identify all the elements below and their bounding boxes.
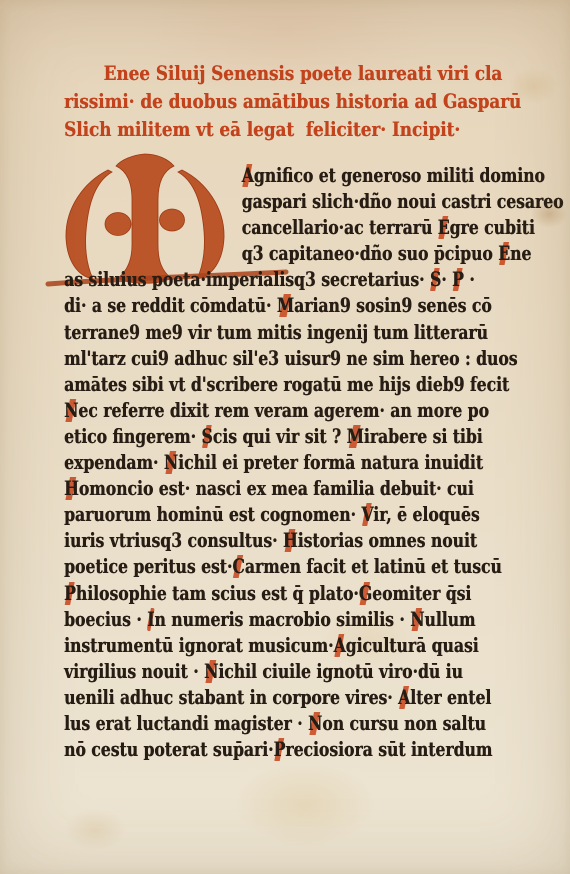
text-line: as siluius poeta·imperialisq3 secretariu… xyxy=(64,268,563,294)
rubricated-capital: A xyxy=(333,634,345,657)
text-segment: hilosophie tam scius est q̄ plato· xyxy=(76,582,359,605)
text-segment: etico fingerem· xyxy=(64,425,201,448)
rubric-heading: Enee Siluij Senensis poete laureati viri… xyxy=(64,62,570,146)
text-line: di· a se reddit cōmdatū· Marian9 sosin9 … xyxy=(64,294,563,320)
rubricated-capital: N xyxy=(410,608,424,631)
text-line: ml'tarz cui9 adhuc sil'e3 uisur9 ne sim … xyxy=(64,347,563,373)
text-segment: expendam· xyxy=(64,451,164,474)
text-segment: gre cubiti xyxy=(450,216,535,239)
text-line: cancellario·ac terrarū Egre cubiti xyxy=(64,216,563,242)
text-segment: ml'tarz cui9 adhuc sil'e3 uisur9 ne sim … xyxy=(64,347,517,370)
text-line: Homoncio est· nasci ex mea familia debui… xyxy=(64,477,563,503)
text-line: etico fingerem· Scis qui vir sit ? Mirab… xyxy=(64,425,563,451)
text-segment: virgilius nouit · xyxy=(64,660,204,683)
text-line: virgilius nouit · Nichil ciuile ignotū v… xyxy=(64,660,563,686)
text-segment: lter entel xyxy=(410,686,491,709)
text-line: iuris vtriusq3 consultus· Historias omne… xyxy=(64,529,563,555)
text-line: poetice peritus est·Carmen facit et lati… xyxy=(64,555,563,581)
text-segment: terrane9 me9 vir tum mitis ingenij tum l… xyxy=(64,321,488,344)
rubricated-capital: M xyxy=(277,294,294,317)
rubricated-capital: S xyxy=(201,425,212,448)
text-segment: di· a se reddit cōmdatū· xyxy=(64,294,277,317)
rubricated-capital: A xyxy=(242,164,254,187)
text-segment: · xyxy=(464,268,475,291)
text-line: instrumentū ignorat musicum·Agiculturā q… xyxy=(64,634,563,660)
text-segment: ir, ē eloquēs xyxy=(373,503,479,526)
text-segment: cancellario·ac terrarū xyxy=(242,216,438,239)
page: Enee Siluij Senensis poete laureati viri… xyxy=(0,0,570,874)
rubricated-capital: N xyxy=(64,399,78,422)
text-segment: instrumentū ignorat musicum· xyxy=(64,634,333,657)
text-segment: nō cestu poterat sup̄ari· xyxy=(64,738,274,761)
text-segment: cis qui vir sit ? xyxy=(213,425,347,448)
text-line: terrane9 me9 vir tum mitis ingenij tum l… xyxy=(64,321,563,347)
text-line: Nec referre dixit rem veram agerem· an m… xyxy=(64,399,563,425)
text-segment: lus erat luctandi magister · xyxy=(64,712,308,735)
text-segment: boecius · xyxy=(64,608,147,631)
text-line: nō cestu poterat sup̄ari·Preciosiora sūt… xyxy=(64,738,563,764)
text-segment: gaspari slich·dño noui castri cesareo xyxy=(242,190,564,213)
text-segment: reciosiora sūt interdum xyxy=(285,738,492,761)
heading-line: Enee Siluij Senensis poete laureati viri… xyxy=(64,62,521,90)
rubricated-capital: I xyxy=(147,608,154,631)
text-segment: istorias omnes nouit xyxy=(298,529,477,552)
rubricated-capital: S xyxy=(430,268,441,291)
text-segment: armen facit et latinū et tuscū xyxy=(245,555,502,578)
rubricated-capital: N xyxy=(164,451,178,474)
rubricated-capital: V xyxy=(361,503,373,526)
text-segment: ichil ei preter formā natura inuidit xyxy=(178,451,483,474)
text-line: Agnifico et generoso militi domino xyxy=(64,164,563,190)
text-segment: on cursu non saltu xyxy=(322,712,486,735)
text-line: q3 capitaneo·dño suo p̄cipuo Ene xyxy=(64,242,563,268)
text-segment: ullum xyxy=(424,608,475,631)
text-segment: paruorum hominū est cognomen· xyxy=(64,503,361,526)
text-segment: omoncio est· nasci ex mea familia debuit… xyxy=(79,477,474,500)
text-segment: poetice peritus est· xyxy=(64,555,232,578)
rubricated-capital: E xyxy=(498,242,510,265)
text-segment: ec referre dixit rem veram agerem· an mo… xyxy=(78,399,489,422)
text-line: gaspari slich·dño noui castri cesareo xyxy=(64,190,563,216)
rubricated-capital: H xyxy=(283,529,298,552)
text-line: expendam· Nichil ei preter formā natura … xyxy=(64,451,563,477)
text-line: lus erat luctandi magister · Non cursu n… xyxy=(64,712,563,738)
text-line: amātes sibi vt d'scribere rogatū me hijs… xyxy=(64,373,563,399)
text-segment: gnifico et generoso militi domino xyxy=(254,164,545,187)
text-segment: ichil ciuile ignotū viro·dū iu xyxy=(218,660,463,683)
rubricated-capital: N xyxy=(204,660,218,683)
rubricated-capital: C xyxy=(232,555,244,578)
rubricated-capital: P xyxy=(274,738,286,761)
text-segment: giculturā quasi xyxy=(346,634,479,657)
rubricated-capital: P xyxy=(452,268,464,291)
text-segment: · xyxy=(441,268,452,291)
text-line: Philosophie tam scius est q̄ plato·Geomi… xyxy=(64,582,563,608)
rubricated-capital: E xyxy=(438,216,450,239)
text-segment: as siluius poeta·imperialisq3 secretariu… xyxy=(64,268,430,291)
heading-line: rissimi· de duobus amātibus historia ad … xyxy=(64,90,521,118)
text-line: paruorum hominū est cognomen· Vir, ē elo… xyxy=(64,503,563,529)
text-line: uenili adhuc stabant in corpore vires· A… xyxy=(64,686,563,712)
text-segment: irabere si tibi xyxy=(364,425,483,448)
rubricated-capital: N xyxy=(308,712,322,735)
heading-line: Slich militem vt eā legat feliciter· Inc… xyxy=(64,118,521,146)
text-line: boecius · In numeris macrobio similis · … xyxy=(64,608,563,634)
rubricated-capital: H xyxy=(64,477,79,500)
text-segment: uenili adhuc stabant in corpore vires· xyxy=(64,686,398,709)
text-segment: iuris vtriusq3 consultus· xyxy=(64,529,283,552)
text-segment: q3 capitaneo·dño suo p̄cipuo xyxy=(242,242,499,265)
text-segment: amātes sibi vt d'scribere rogatū me hijs… xyxy=(64,373,509,396)
rubricated-capital: P xyxy=(64,582,76,605)
rubricated-capital: M xyxy=(347,425,364,448)
text-segment: eomiter q̄si xyxy=(372,582,471,605)
text-segment: n numeris macrobio similis · xyxy=(154,608,410,631)
rubricated-capital: A xyxy=(398,686,410,709)
text-segment: ne xyxy=(510,242,531,265)
body-text: Agnifico et generoso militi domino gaspa… xyxy=(64,164,570,764)
rubricated-capital: G xyxy=(359,582,372,605)
text-segment: arian9 sosin9 senēs cō xyxy=(294,294,492,317)
